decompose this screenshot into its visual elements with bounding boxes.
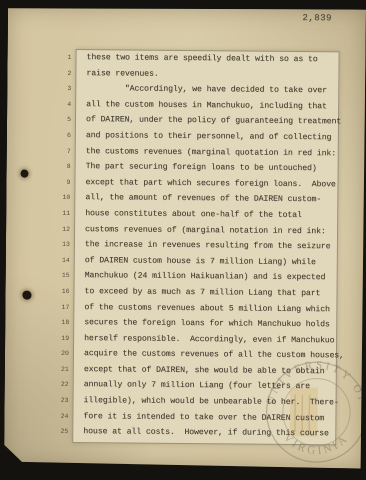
line-number: 13 [44,237,76,253]
line-number: 12 [44,221,76,237]
line-number: 3 [45,81,77,97]
line-number: 1 [45,50,77,66]
text-block: 1 these two items are speedily dealt wit… [42,50,339,442]
line-number: 24 [42,408,74,424]
text-line-row: 25 house at all costs. However, if durin… [42,424,336,442]
punch-hole-bottom [22,290,33,301]
line-number: 20 [43,346,75,362]
line-number: 19 [43,330,75,346]
line-number: 25 [42,424,74,440]
line-number: 8 [45,159,77,175]
page-number: 2,839 [302,13,332,23]
punch-hole-top [19,168,29,178]
line-number: 22 [43,377,75,393]
document-page: 2,839 UNIVERSITY OF VIRGINIA 1 these [4,6,366,468]
line-number: 14 [44,252,76,268]
line-number: 5 [45,112,77,128]
line-number: 21 [43,362,75,378]
line-number: 10 [44,190,76,206]
line-text: house at all costs. However, if during t… [74,424,329,442]
line-text: raise revenues. [77,66,158,82]
line-number: 4 [45,97,77,113]
line-number: 9 [44,175,76,191]
line-number: 2 [45,65,77,81]
line-number: 16 [43,284,75,300]
line-number: 7 [45,143,77,159]
line-number: 6 [45,128,77,144]
scan-background: 2,839 UNIVERSITY OF VIRGINIA 1 these [0,0,366,480]
line-number: 18 [43,315,75,331]
line-number: 17 [43,299,75,315]
line-number: 15 [44,268,76,284]
line-number: 11 [44,206,76,222]
line-number: 23 [43,393,75,409]
